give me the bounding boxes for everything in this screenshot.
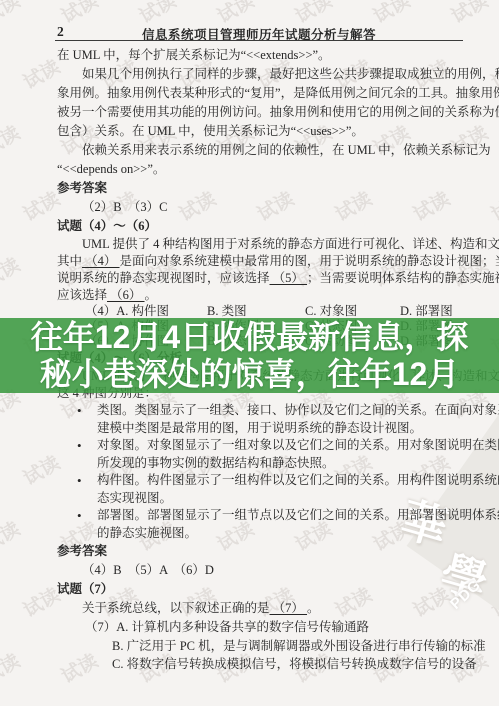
option-cell: （4）A. 构件图	[57, 304, 207, 319]
banner-title-line-1: 往年12月4日收假最新信息，探	[31, 319, 468, 356]
text-line: （2）B （3）C	[57, 198, 469, 217]
text-line: 被另一个需要使用其功能的用例访问。抽象用例和使用它的用例之间的关系称为使用（或	[57, 103, 469, 122]
text-line: UML 提供了 4 种结构图用于对系统的静态方面进行可视化、详述、构造和文档化。	[57, 236, 469, 253]
bullet-line: 类图。类图显示了一组类、接口、协作以及它们之间的关系。在面向对象系统	[57, 402, 469, 420]
text-line: 其中 （4） 是面向对象系统建模中最常用的图，用于说明系统的静态设计视图；当需要	[57, 253, 469, 270]
text-line: 应该选择 （6） 。	[57, 287, 469, 304]
tile-watermark-text: 试读	[0, 646, 24, 688]
bullet-line: 部署图。部署图显示了一组节点以及它们之间的关系。用部署图说明体系结构	[57, 507, 469, 525]
title-banner-overlay: 往年12月4日收假最新信息，探 秘小巷深处的惊喜，往年12月	[0, 318, 499, 393]
tile-watermark-text: 试读	[486, 580, 499, 622]
option-cell: B. 类图	[207, 304, 305, 319]
text-line: B. 广泛用于 PC 机，是与调制解调器或外围设备进行串行传输的标准	[57, 637, 469, 656]
text-line: 的静态实施视图。	[57, 525, 469, 543]
text-line: 象用例。抽象用例代表某种形式的“复用”，是降低用例之间冗余的工具。抽象用例可以	[57, 84, 469, 103]
text-line: 建模中类图是最常用的图，用于说明系统的静态设计视图。	[57, 420, 469, 438]
option-cell: D. 部署图	[400, 304, 469, 319]
option-row: （4）A. 构件图B. 类图C. 对象图D. 部署图	[57, 304, 469, 319]
text-line: 所发现的事物实例的数据结构和静态快照。	[57, 455, 469, 473]
option-cell: C. 对象图	[305, 304, 400, 319]
text-line: 试题（7）	[57, 580, 469, 599]
text-line: 依赖关系用来表示系统的用例之间的依赖性，在 UML 中，依赖关系标记为	[57, 141, 469, 160]
text-line: 包含）关系。在 UML 中，使用关系标记为“<<uses>>”。	[57, 122, 469, 141]
text-line: （4）B （5）A （6）D	[57, 561, 469, 580]
tile-watermark-text: 试读	[0, 0, 24, 29]
text-line: 态实现视图。	[57, 490, 469, 508]
page-header: 2 信息系统项目管理师历年试题分析与解答	[55, 23, 463, 40]
scanned-page: 试读试读试读试读试读试读试读试读试读试读试读试读试读试读试读试读试读试读试读试读…	[0, 0, 499, 706]
tile-watermark-text: 试读	[0, 514, 24, 556]
banner-title-line-2: 秘小巷深处的惊喜，往年12月	[40, 356, 460, 393]
text-line: 试题（4）～（6）	[57, 217, 469, 236]
text-line: 说明系统的静态实现视图时，应该选择 （5） ；当需要说明体系结构的静态实施视图时…	[57, 270, 469, 287]
text-line: 在 UML 中，每个扩展关系标记为“<<extends>>”。	[57, 46, 469, 65]
tile-watermark-text: 试读	[486, 184, 499, 226]
tile-watermark-text: 试读	[0, 118, 24, 160]
text-line: （7）A. 计算机内多种设备共享的数字信号传输通路	[57, 618, 469, 637]
text-line: 关于系统总线，以下叙述正确的是 （7） 。	[57, 599, 469, 618]
bullet-line: 构件图。构件图显示了一组构件以及它们之间的关系。用构件图说明系统的静	[57, 472, 469, 490]
header-rule	[55, 40, 463, 41]
text-line: C. 将数字信号转换成模拟信号，将模拟信号转换成数字信号的设备	[57, 655, 469, 674]
bullet-line: 对象图。对象图显示了一组对象以及它们之间的关系。用对象图说明在类图中	[57, 437, 469, 455]
text-line: 参考答案	[57, 542, 469, 561]
tile-watermark-text: 试读	[0, 250, 24, 292]
text-line: “<<depends on>>”。	[57, 160, 469, 179]
text-line: 如果几个用例执行了同样的步骤，最好把这些公共步骤提取成独立的用例，称为抽	[57, 65, 469, 84]
text-line: 参考答案	[57, 179, 469, 198]
